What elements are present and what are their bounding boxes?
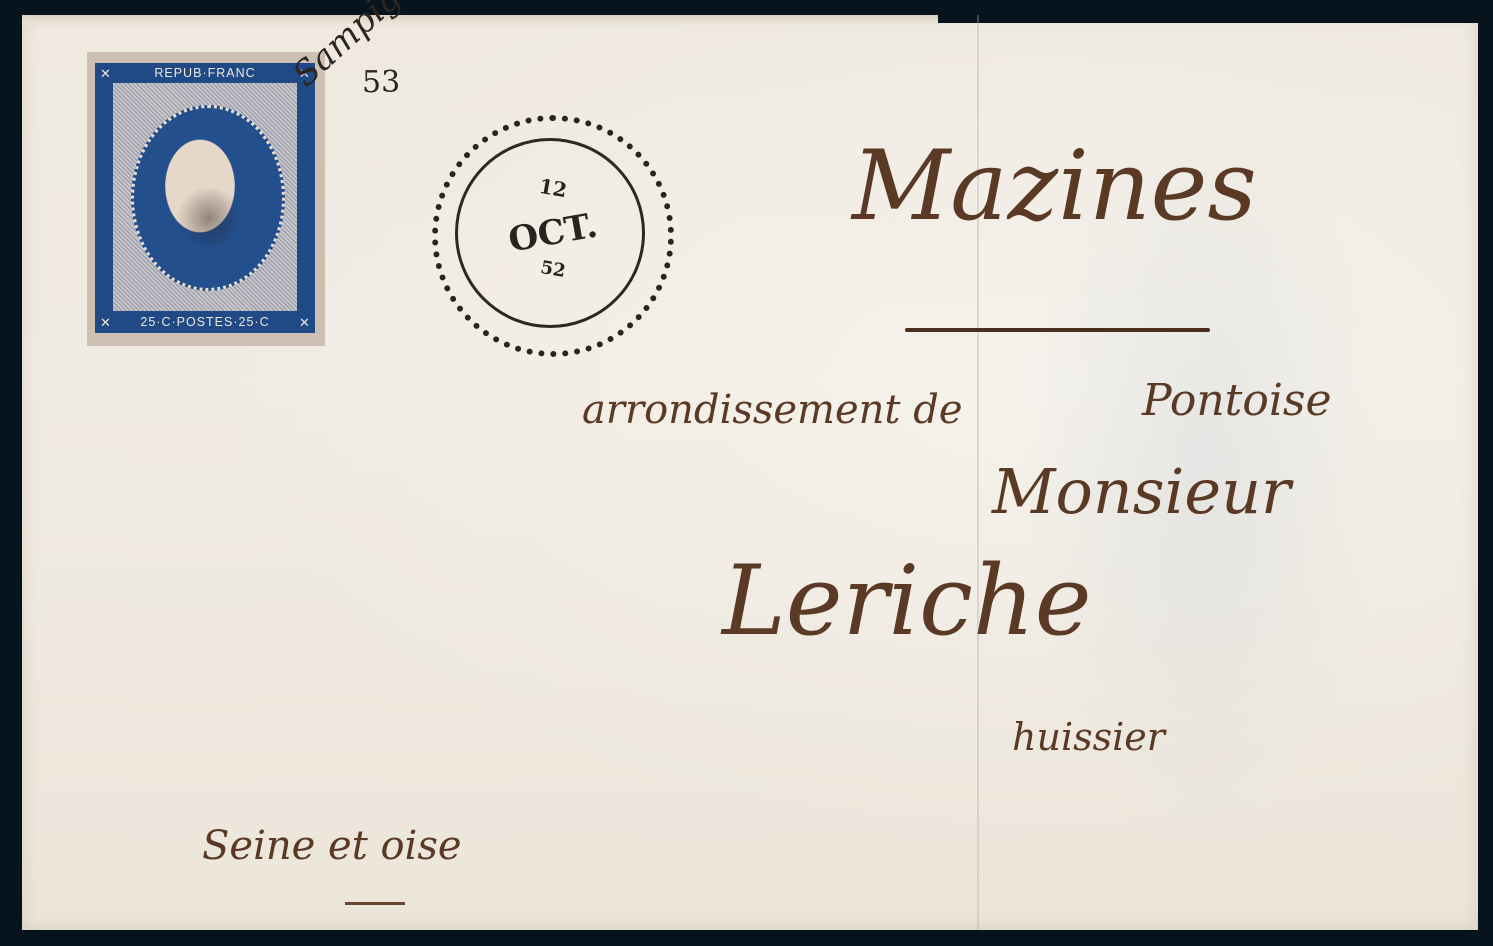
address-arrondissement-label: arrondissement de	[582, 387, 963, 433]
stamp-frame: ✕ ✕ ✕ ✕ REPUB·FRANC 25·C·POSTES·25·C	[95, 63, 315, 333]
envelope-fold-notch	[938, 15, 1478, 23]
stamp-medallion	[131, 105, 285, 291]
address-profession: huissier	[1012, 715, 1165, 759]
address-town: Mazines	[852, 130, 1257, 242]
date-postmark: 12 OCT. 52	[432, 115, 674, 357]
stamp-top-label: REPUB·FRANC	[117, 65, 293, 82]
stamp-bottom-label: 25·C·POSTES·25·C	[117, 314, 293, 331]
address-department-underline	[345, 902, 405, 905]
stamp-cancellation-mark	[174, 188, 244, 248]
stamp-corner-cross-icon: ✕	[97, 65, 114, 82]
postage-stamp: ✕ ✕ ✕ ✕ REPUB·FRANC 25·C·POSTES·25·C	[87, 52, 325, 346]
address-name: Leriche	[722, 545, 1092, 657]
address-arrondissement-place: Pontoise	[1142, 375, 1332, 426]
stamp-engraved-field	[113, 83, 297, 311]
address-town-underline	[905, 328, 1210, 332]
address-title: Monsieur	[992, 455, 1291, 528]
envelope: ✕ ✕ ✕ ✕ REPUB·FRANC 25·C·POSTES·25·C 53 …	[22, 15, 1478, 930]
stamp-corner-cross-icon: ✕	[296, 314, 313, 331]
address-department: Seine et oise	[202, 823, 462, 869]
town-cancel-number: 53	[362, 65, 400, 100]
stamp-corner-cross-icon: ✕	[97, 314, 114, 331]
